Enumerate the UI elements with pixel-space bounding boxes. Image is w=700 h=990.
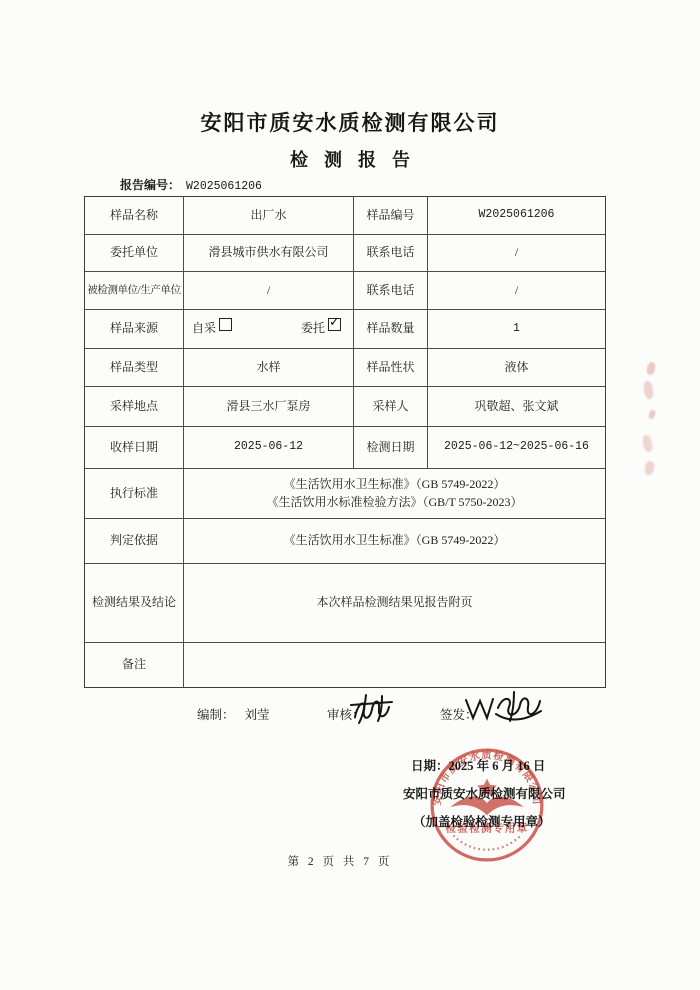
page-indicator: 第 2 页 共 7 页	[0, 853, 680, 869]
sample-no-value: W2025061206	[428, 197, 605, 235]
client-value: 滑县城市供水有限公司	[184, 235, 354, 272]
reviewer-handwritten-signature	[345, 690, 407, 730]
client-phone-label: 联系电话	[354, 235, 428, 272]
ink-bleed-mark	[641, 434, 653, 452]
tested-unit-phone-label: 联系电话	[354, 272, 428, 310]
sampler-label: 采样人	[354, 387, 428, 427]
checkmark-icon: ✓	[329, 314, 340, 333]
tested-unit-phone-value: /	[428, 272, 605, 310]
sample-name-label: 样品名称	[85, 197, 184, 235]
judgement-basis-label: 判定依据	[85, 519, 184, 564]
sampling-site-label: 采样地点	[85, 387, 184, 427]
sample-qty-label: 样品数量	[354, 310, 428, 349]
result-conclusion-value: 本次样品检测结果见报告附页	[184, 564, 605, 643]
seal-code-arc	[453, 836, 520, 850]
report-page: 安阳市质安水质检测有限公司 检测报告 报告编号：W2025061206 样品名称…	[0, 0, 700, 990]
ink-bleed-mark	[643, 380, 654, 399]
seal-ring-text: 安阳市质安水质检测有限公司	[430, 748, 544, 806]
seal-emblem-icon	[450, 779, 523, 816]
receive-date-label: 收样日期	[85, 427, 184, 469]
sample-qty-value: 1	[428, 310, 605, 349]
standard-value: 《生活饮用水卫生标准》（GB 5749-2022） 《生活饮用水标准检验方法》（…	[184, 469, 605, 519]
standard-line-2: 《生活饮用水标准检验方法》（GB/T 5750-2023）	[266, 494, 522, 511]
receive-date-value: 2025-06-12	[184, 427, 354, 469]
sample-source-value: 自采 委托 ✓	[184, 310, 354, 349]
issuer-handwritten-signature	[462, 688, 544, 730]
judgement-basis-value: 《生活饮用水卫生标准》（GB 5749-2022）	[184, 519, 605, 564]
ink-bleed-mark	[644, 460, 655, 475]
self-sampling-label: 自采	[192, 320, 216, 337]
self-sampling-option: 自采	[192, 320, 232, 337]
sample-no-label: 样品编号	[354, 197, 428, 235]
prepared-by: 编制：刘莹	[197, 705, 270, 723]
entrusted-label: 委托	[301, 320, 325, 337]
standard-label: 执行标准	[85, 469, 184, 519]
sample-state-label: 样品性状	[354, 349, 428, 387]
result-conclusion-label: 检测结果及结论	[85, 564, 184, 643]
prepared-by-name: 刘莹	[245, 708, 270, 722]
tested-unit-value: /	[184, 272, 354, 310]
remarks-label: 备注	[85, 643, 184, 687]
sample-type-label: 样品类型	[85, 349, 184, 387]
ink-bleed-mark	[648, 409, 657, 420]
sample-name-value: 出厂水	[184, 197, 354, 235]
company-title: 安阳市质安水质检测有限公司	[0, 107, 700, 137]
red-seal-stamp: 安阳市质安水质检测有限公司 检验检测专用章	[426, 742, 548, 864]
sampling-site-value: 滑县三水厂泵房	[184, 387, 354, 427]
test-date-label: 检测日期	[354, 427, 428, 469]
remarks-value	[184, 643, 605, 687]
self-sampling-checkbox	[219, 318, 232, 331]
sampler-value: 巩敬超、张文斌	[428, 387, 605, 427]
report-number: 报告编号：W2025061206	[120, 176, 262, 193]
svg-text:安阳市质安水质检测有限公司: 安阳市质安水质检测有限公司	[430, 748, 544, 806]
sample-info-table: 样品名称 出厂水 样品编号 W2025061206 委托单位 滑县城市供水有限公…	[84, 196, 606, 688]
tested-unit-label: 被检测单位/生产单位	[85, 272, 184, 310]
entrusted-option: 委托 ✓	[301, 320, 341, 337]
standard-line-1: 《生活饮用水卫生标准》（GB 5749-2022）	[284, 476, 506, 493]
ink-bleed-mark	[646, 361, 657, 376]
client-phone-value: /	[428, 235, 605, 272]
sample-state-value: 液体	[428, 349, 605, 387]
sample-source-label: 样品来源	[85, 310, 184, 349]
report-number-label: 报告编号：	[120, 178, 180, 192]
client-label: 委托单位	[85, 235, 184, 272]
entrusted-checkbox: ✓	[328, 318, 341, 331]
sample-type-value: 水样	[184, 349, 354, 387]
prepared-by-label: 编制：	[197, 708, 235, 722]
report-title: 检测报告	[0, 146, 700, 172]
seal-center-text: 检验检测专用章	[445, 821, 528, 834]
report-number-value: W2025061206	[186, 180, 262, 193]
test-date-value: 2025-06-12~2025-06-16	[428, 427, 605, 469]
